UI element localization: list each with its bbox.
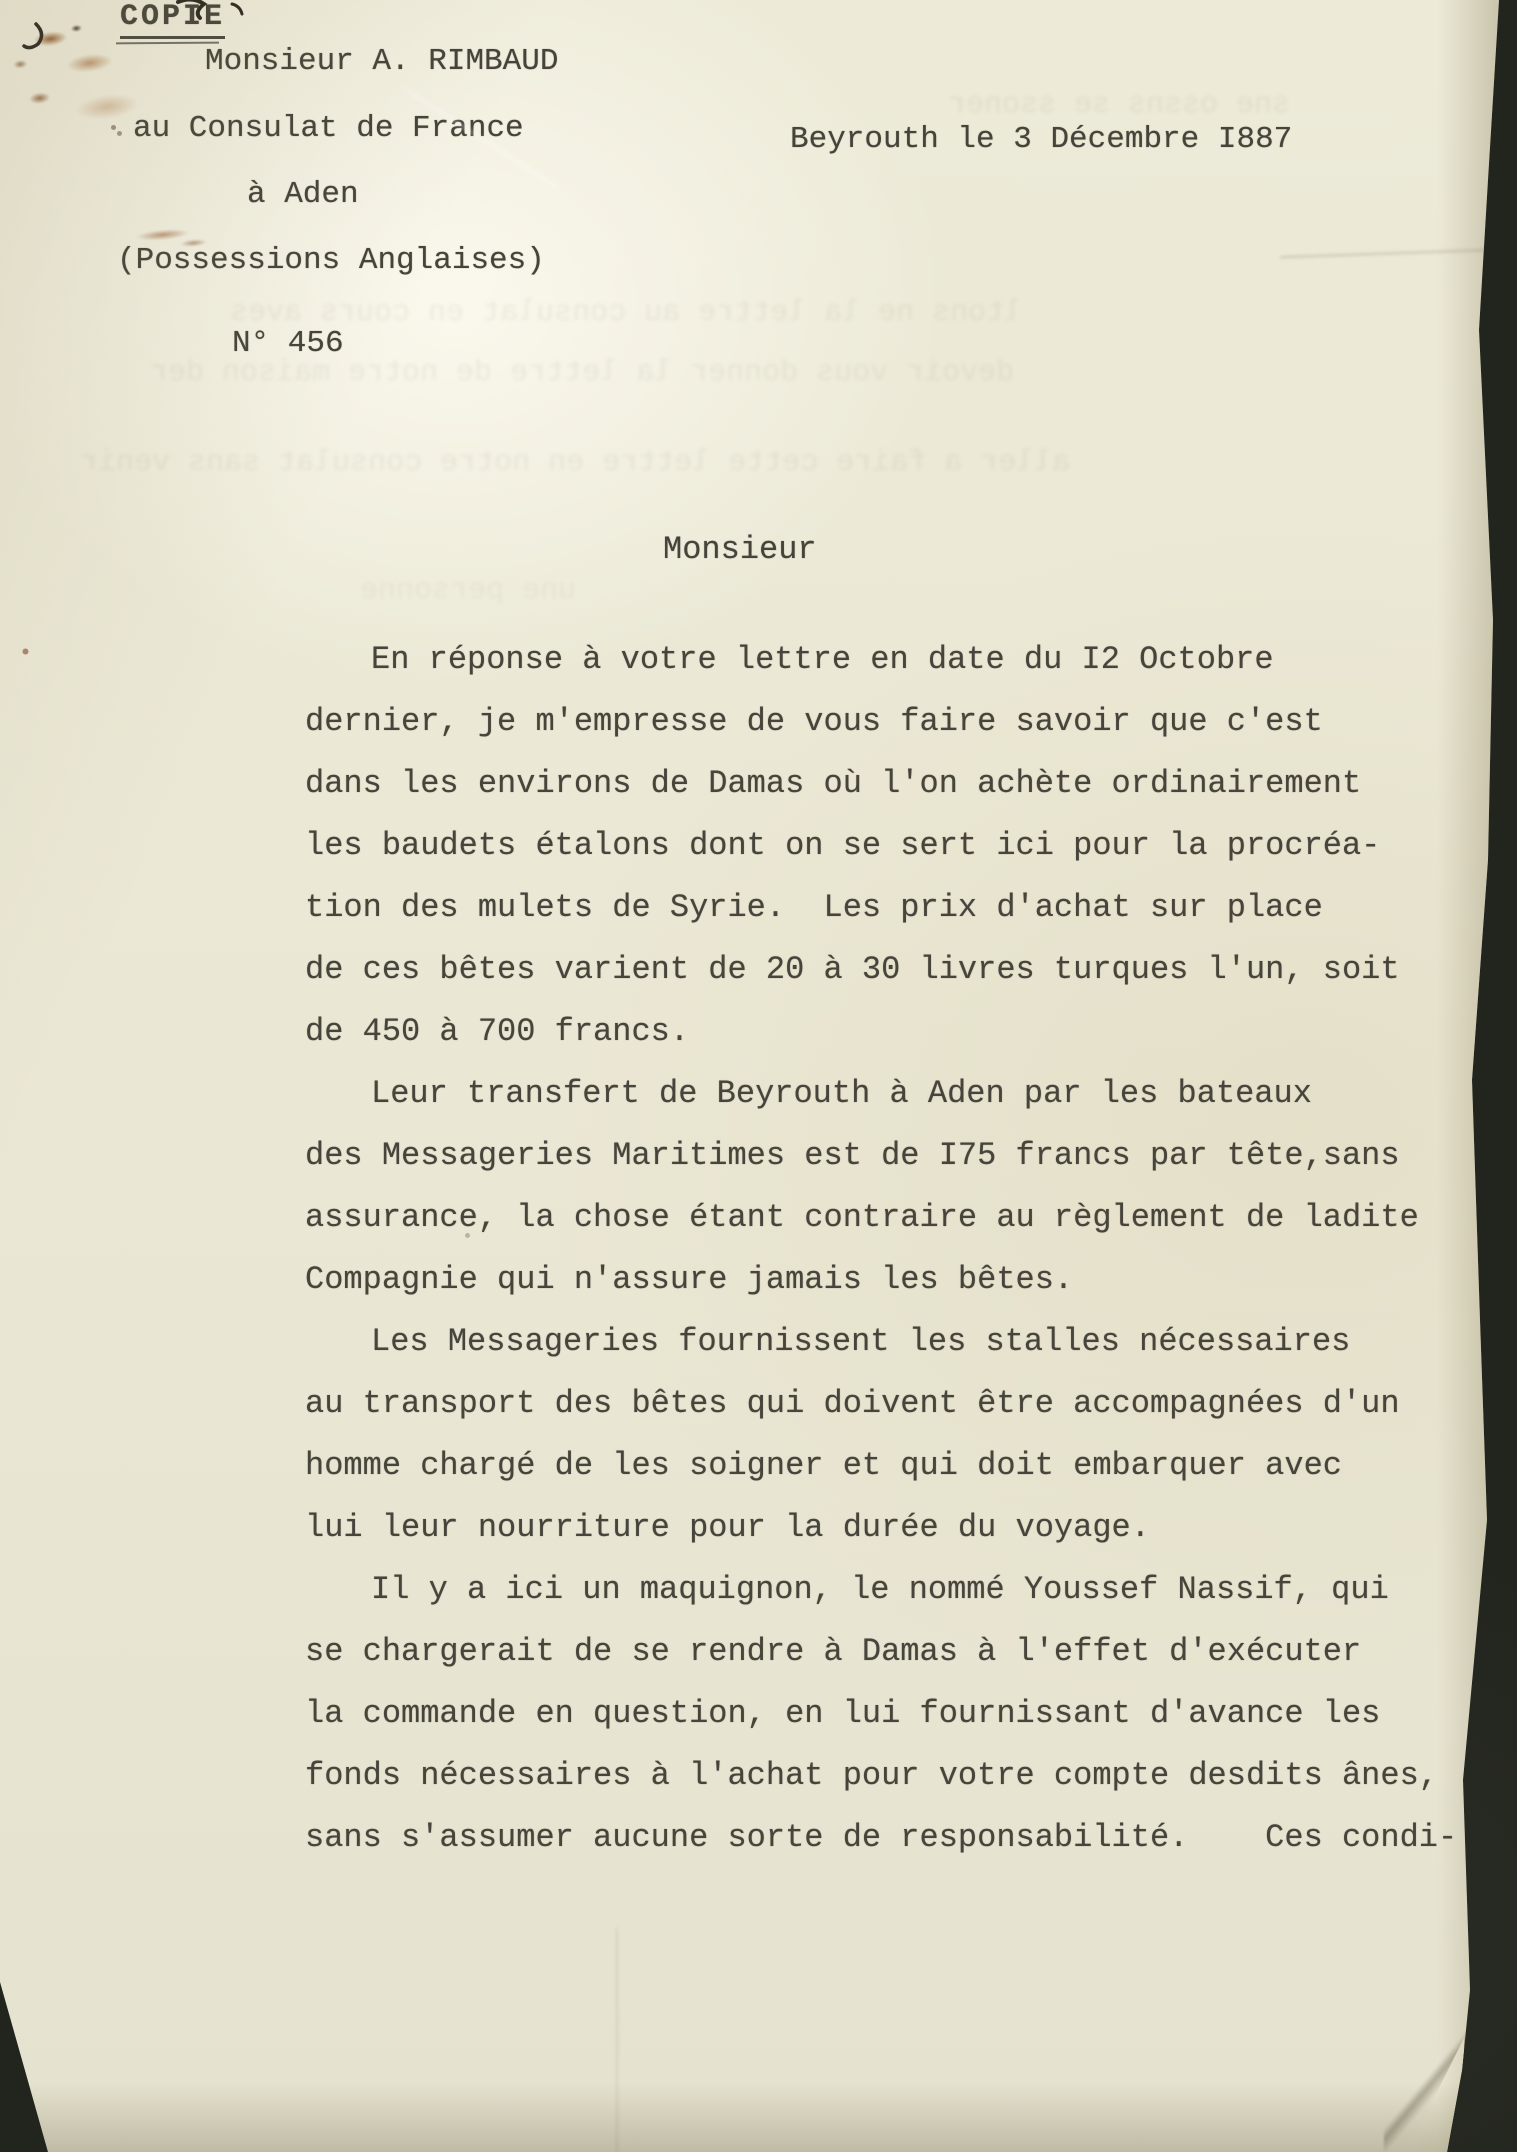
- bleed-through-line: devoir vous donner la lettre de notre ma…: [150, 356, 1014, 390]
- recipient-city: à Aden: [247, 177, 359, 212]
- body-line: Compagnie qui n'assure jamais les bêtes.: [305, 1249, 1475, 1311]
- body-line: au transport des bêtes qui doivent être …: [305, 1373, 1475, 1435]
- recipient-address-line: au Consulat de France: [133, 111, 524, 146]
- reference-number: N° 456: [232, 326, 344, 361]
- body-line: les baudets étalons dont on se sert ici …: [305, 815, 1475, 877]
- body-line: lui leur nourriture pour la durée du voy…: [305, 1497, 1475, 1559]
- body-line: dernier, je m'empresse de vous faire sav…: [305, 691, 1475, 753]
- body-line: sans s'assumer aucune sorte de responsab…: [305, 1807, 1475, 1869]
- paper-crease: [616, 1928, 618, 2152]
- paper-crease: [1280, 248, 1495, 259]
- body-line: de 450 à 700 francs.: [305, 1001, 1475, 1063]
- body-line: des Messageries Maritimes est de I75 fra…: [305, 1125, 1475, 1187]
- body-line: En réponse à votre lettre en date du I2 …: [305, 629, 1475, 691]
- body-line: de ces bêtes varient de 20 à 30 livres t…: [305, 939, 1475, 1001]
- body-line: la commande en question, en lui fourniss…: [305, 1683, 1475, 1745]
- letter-page: sne ossns se ssoner ltons ne la lettre a…: [0, 0, 1517, 2152]
- body-line: Les Messageries fournissent les stalles …: [305, 1311, 1475, 1373]
- body-line: Il y a ici un maquignon, le nommé Yousse…: [305, 1559, 1475, 1621]
- bleed-through-line: ltons ne la lettre au consulat en cours …: [230, 296, 1022, 330]
- body-line: assurance, la chose étant contraire au r…: [305, 1187, 1475, 1249]
- pen-marks-icon: [0, 0, 300, 70]
- body-line: homme chargé de les soigner et qui doit …: [305, 1435, 1475, 1497]
- bleed-through-line: aller a faire cette lettre en notre cons…: [80, 446, 1070, 480]
- bleed-through-line: sne ossns se ssoner: [790, 88, 1290, 122]
- letter-body: En réponse à votre lettre en date du I2 …: [305, 629, 1475, 1869]
- body-line: Leur transfert de Beyrouth à Aden par le…: [305, 1063, 1475, 1125]
- dateline: Beyrouth le 3 Décembre I887: [790, 122, 1292, 157]
- scan-background: sne ossns se ssoner ltons ne la lettre a…: [0, 0, 1517, 2152]
- body-line: se chargerait de se rendre à Damas à l'e…: [305, 1621, 1475, 1683]
- bleed-through-line: une personne: [360, 574, 576, 608]
- salutation: Monsieur: [663, 531, 817, 568]
- body-line: fonds nécessaires à l'achat pour votre c…: [305, 1745, 1475, 1807]
- body-line: tion des mulets de Syrie. Les prix d'ach…: [305, 877, 1475, 939]
- body-line: dans les environs de Damas où l'on achèt…: [305, 753, 1475, 815]
- recipient-territory: (Possessions Anglaises): [117, 243, 545, 278]
